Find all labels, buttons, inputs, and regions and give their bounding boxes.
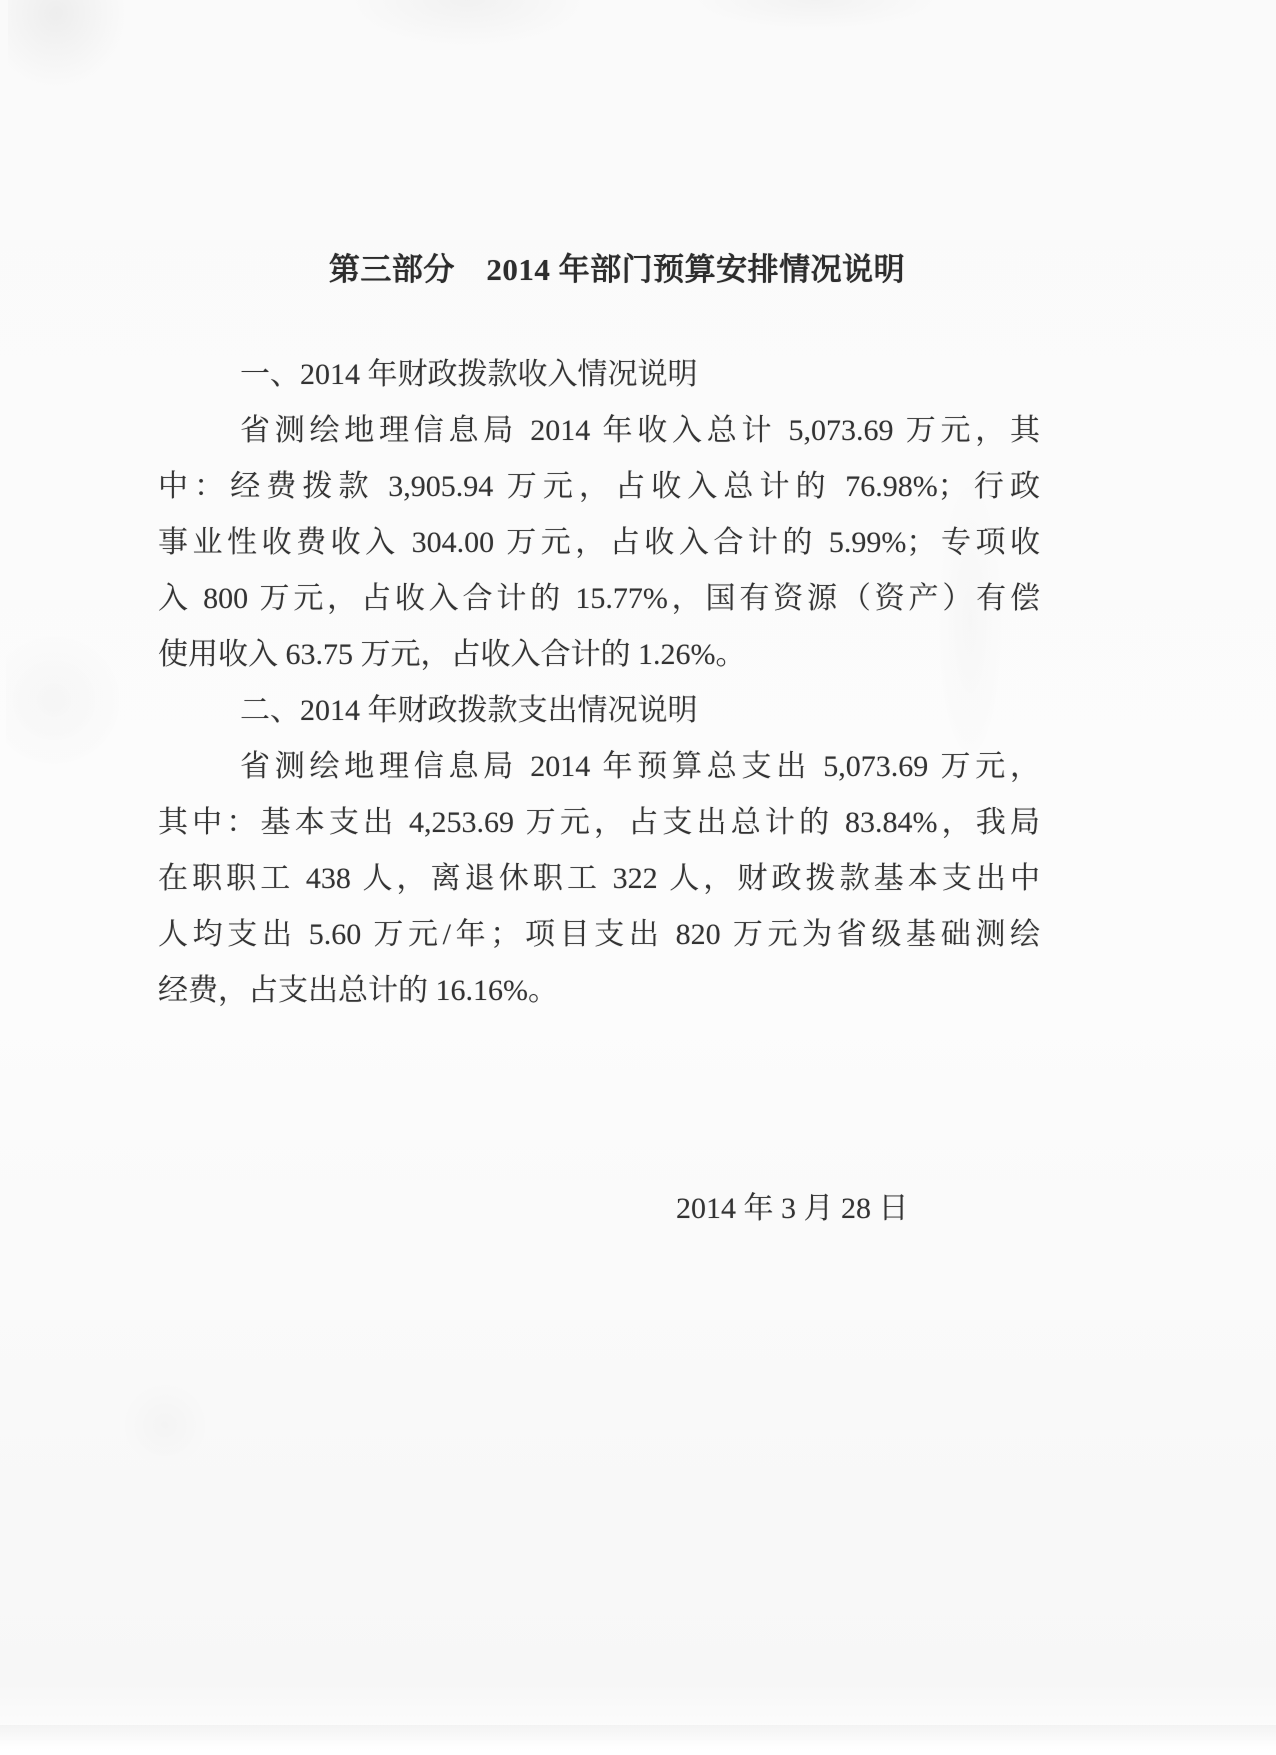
document-title: 第三部分 2014 年部门预算安排情况说明 (176, 248, 1058, 292)
section-heading-expenditure: 二、2014 年财政拨款支出情况说明 (158, 683, 1040, 739)
scan-artifact (6, 630, 126, 770)
body-line: 省测绘地理信息局 2014 年预算总支出 5,073.69 万元， (158, 739, 1040, 795)
scan-artifact (355, 0, 580, 45)
body-line: 人均支出 5.60 万元/年；项目支出 820 万元为省级基础测绘 (158, 907, 1040, 963)
body-line: 中：经费拨款 3,905.94 万元，占收入总计的 76.98%；行政 (158, 459, 1040, 515)
scanned-document-page: 第三部分 2014 年部门预算安排情况说明 一、2014 年财政拨款收入情况说明… (0, 0, 1276, 1755)
section-heading-income: 一、2014 年财政拨款收入情况说明 (158, 347, 1040, 403)
body-line: 使用收入 63.75 万元，占收入合计的 1.26%。 (158, 627, 1040, 683)
body-line: 其中：基本支出 4,253.69 万元，占支出总计的 83.84%，我局 (158, 795, 1040, 851)
body-line: 事业性收费收入 304.00 万元，占收入合计的 5.99%；专项收 (158, 515, 1040, 571)
body-line: 经费，占支出总计的 16.16%。 (158, 963, 1040, 1019)
body-line: 入 800 万元，占收入合计的 15.77%，国有资源（资产）有偿 (158, 571, 1040, 627)
scan-page-edge (0, 1725, 1276, 1755)
document-body: 一、2014 年财政拨款收入情况说明 省测绘地理信息局 2014 年收入总计 5… (158, 347, 1040, 1019)
body-line: 在职职工 438 人，离退休职工 322 人，财政拨款基本支出中 (158, 851, 1040, 907)
scan-artifact (698, 0, 933, 28)
scan-artifact (120, 1380, 210, 1470)
scan-artifact (8, 0, 128, 90)
document-date: 2014 年 3 月 28 日 (676, 1189, 909, 1229)
body-line: 省测绘地理信息局 2014 年收入总计 5,073.69 万元，其 (158, 403, 1040, 459)
